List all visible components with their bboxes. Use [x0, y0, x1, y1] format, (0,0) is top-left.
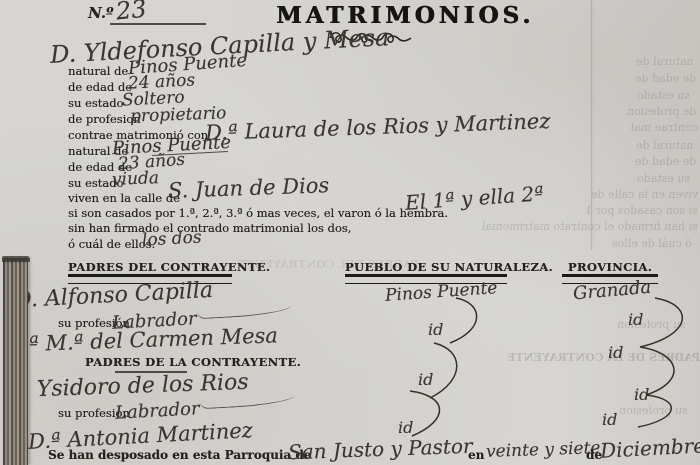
question-answer: El 1ª y ella 2ª [404, 181, 544, 215]
table-header-padres-contrayente: PADRES DEL CONTRAYENTE. [68, 260, 232, 274]
bleedthrough-text: natural de [636, 139, 694, 152]
bleedthrough-text: contrae mat [630, 121, 698, 134]
table-header-pueblo: PUEBLO DE SU NATURALEZA. [345, 260, 507, 274]
bleedthrough-text: de profesion [627, 105, 696, 118]
field-label: su estado [68, 96, 123, 110]
footer-printed-text: Se han desposado en esta Parroquia de [48, 448, 311, 462]
footer-printed-text: en [468, 448, 484, 462]
bleedthrough-text: de edad de [635, 72, 696, 85]
binding-top-edge [2, 256, 30, 262]
bleedthrough-text: viven en la calle de [591, 188, 698, 201]
question-answer: los dos [142, 227, 203, 250]
bleedthrough-text: natural de [636, 55, 694, 68]
footer-date-month: Diciembre [599, 433, 700, 462]
section-padres-contrayente: PADRES DE LA CONTRAYENTE. [85, 355, 301, 369]
bleedthrough-text: de edad de [635, 155, 696, 168]
table-header-provincia: PROVINCIA. [562, 260, 658, 274]
footer-parish-name: San Justo y Pastor [288, 434, 473, 464]
bleedthrough-text: su estado [637, 89, 690, 102]
page-crease [591, 0, 592, 250]
page-title: MATRIMONIOS. [276, 2, 534, 29]
bleedthrough-text: si son casados por 1 [585, 204, 698, 217]
field-label: natural de [68, 64, 128, 78]
question-label: si son casados por 1.ª, 2.ª, 3.ª ó mas v… [68, 206, 448, 220]
footer-date-day: veinte y siete [486, 438, 601, 462]
ink-underline [110, 23, 206, 25]
record-number-value: 23 [115, 0, 148, 26]
question-label: sin han firmado el contrado matrimonial … [68, 221, 351, 235]
father-groom-name: D. Alfonso Capilla [13, 278, 213, 313]
field-value: S. Juan de Dios [168, 173, 330, 203]
record-number-label: N.º [88, 4, 113, 22]
field-label: viven en la calle de [68, 191, 180, 205]
bleedthrough-text: su estado [637, 172, 690, 185]
bride-name: D.ª Laura de los Rios y Martinez [205, 109, 551, 145]
scanned-marriage-record: natural de de edad de su estado de profe… [0, 0, 700, 465]
field-value: viuda [112, 168, 160, 190]
flourish-brace-icon [600, 295, 700, 435]
book-binding-edge [3, 258, 28, 465]
mother-groom-name: D.ª M.ª del Carmen Mesa [6, 323, 279, 356]
bleedthrough-text: ó cuál de ellos [612, 237, 692, 250]
